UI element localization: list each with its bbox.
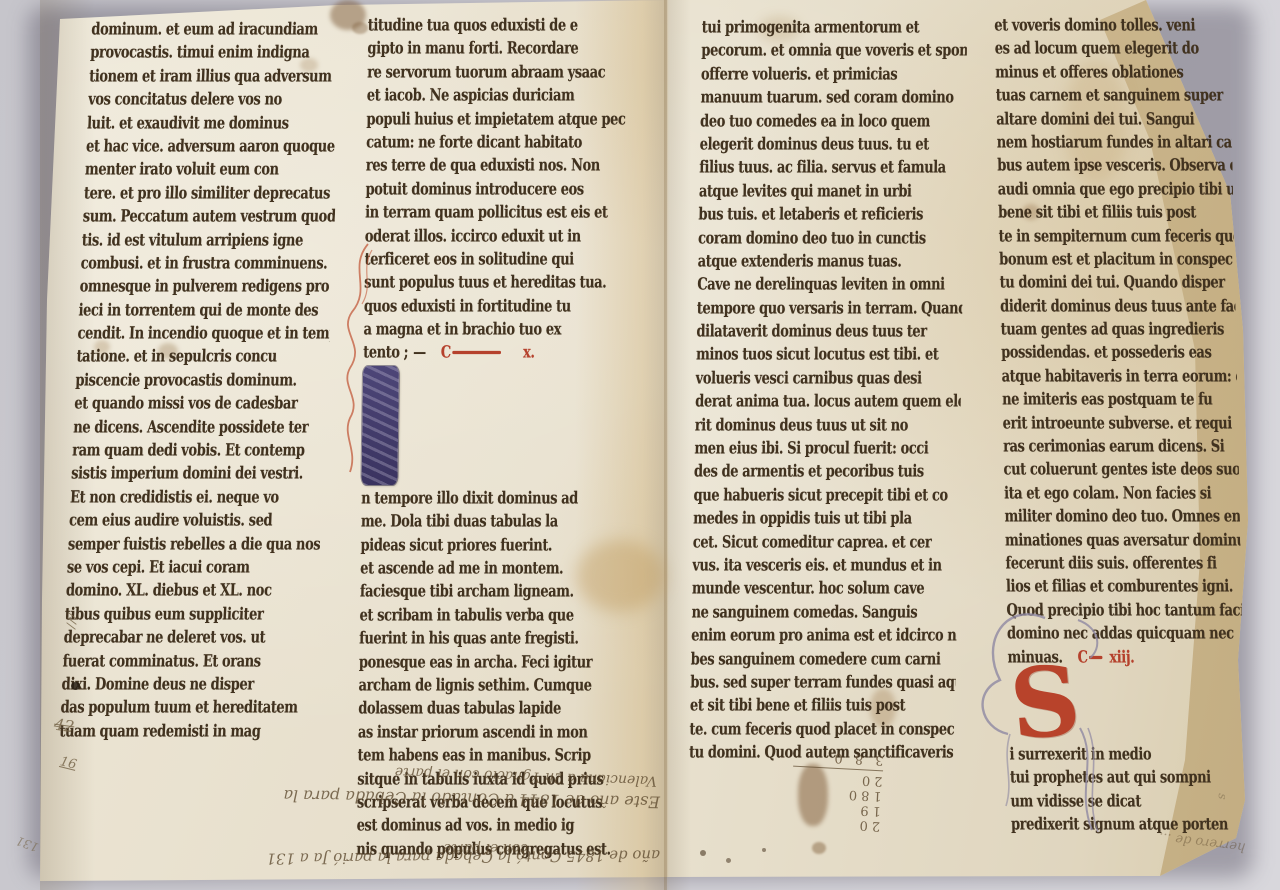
- manuscript-text-line: in terram quam pollicitus est eis et: [365, 199, 627, 224]
- column-4-lower-text: S i surrexerit in mediotui prophetes aut…: [1008, 667, 1280, 835]
- manuscript-text-line: munde vescentur. hoc solum cave: [692, 575, 958, 600]
- manuscript-text-line: offerre volueris. et primicias: [701, 61, 967, 86]
- manuscript-text-line: pideas sicut priores fuerint.: [360, 532, 622, 557]
- manuscript-text-line: domino. XL. diebus et XL. noc: [65, 577, 318, 602]
- manuscript-text-line: catum: ne forte dicant habitato: [366, 129, 628, 154]
- margin-scribble: ///: [63, 613, 80, 631]
- margin-number: 42: [53, 717, 75, 735]
- edge-scribble: s: [1214, 793, 1230, 802]
- manuscript-text-line: audi omnia que ego precipio tibi ut: [997, 176, 1233, 201]
- manuscript-text-line: rit dominus deus tuus ut sit no: [695, 412, 961, 437]
- manuscript-photo: dominum. et eum ad iracundiamprovocastis…: [0, 0, 1280, 890]
- manuscript-text-line: gipto in manu forti. Recordare: [367, 35, 629, 60]
- manuscript-text-line: enim eorum pro anima est et idcirco non …: [691, 622, 957, 647]
- manuscript-text-line: et ascende ad me in montem.: [360, 555, 622, 580]
- manuscript-text-line: tuam quam redemisti in mag: [59, 718, 312, 743]
- manuscript-text-line: et scribam in tabulis verba que: [359, 602, 621, 627]
- manuscript-text-line: sum. Peccatum autem vestrum quod fecera: [82, 203, 335, 228]
- manuscript-text-line: tuam gentes ad quas ingredieris: [1000, 316, 1236, 341]
- manuscript-text-line: omnesque in pulverem redigens pro: [79, 273, 332, 298]
- column-2-upper-text: titudine tua quos eduxisti de egipto in …: [363, 12, 680, 339]
- manuscript-text-line: bus tuis. et letaberis et reficieris: [698, 201, 964, 226]
- manuscript-text-line: des de armentis et pecoribus tuis: [694, 458, 960, 483]
- manuscript-text-line: a magna et in brachio tuo ex: [363, 316, 625, 341]
- manuscript-text-line: as instar priorum ascendi in mon: [358, 719, 620, 744]
- manuscript-text-line: ne imiteris eas postquam te fu: [1002, 386, 1238, 411]
- chapter-numeral: xiij.: [1109, 644, 1134, 669]
- manuscript-text-line: oderat illos. iccirco eduxit ut in: [365, 223, 627, 248]
- manuscript-text-line: bes sanguinem comedere cum carni: [691, 646, 957, 671]
- manuscript-text-line: militer domino deo tuo. Omnes enim abho: [1004, 503, 1240, 528]
- arithmetic-values: 201918020: [790, 769, 883, 834]
- manuscript-text-line: Quod precipio tibi hoc tantum facito: [1006, 597, 1242, 622]
- manuscript-text-line: men eius ibi. Si procul fuerit: occi: [694, 435, 960, 460]
- manuscript-text-line: et iacob. Ne aspicias duriciam: [367, 82, 629, 107]
- manuscript-text-line: tempore quo versaris in terram. Quando: [697, 295, 963, 320]
- manuscript-text-line: tionem et iram illius qua adversum: [89, 63, 342, 88]
- manuscript-text-line: archam de lignis sethim. Cumque: [358, 672, 620, 697]
- manuscript-text-line: provocastis. timui enim indigna: [90, 39, 343, 64]
- manuscript-text-line: deo tuo comedes ea in loco quem: [700, 108, 966, 133]
- capitulum-mark: C: [1077, 644, 1087, 669]
- manuscript-text-line: se vos cepi. Et iacui coram: [66, 554, 319, 579]
- manuscript-text-line: minus et offeres oblationes: [995, 59, 1231, 84]
- manuscript-text-line: ne dicens. Ascendite possidete ter: [73, 414, 326, 439]
- column-4-upper-text: et voveris domino tolles. venies ad locu…: [994, 12, 1280, 644]
- chapter-10-rubric-line: tento ; — C x.: [363, 339, 625, 364]
- manuscript-text-line: possidendas. et possederis eas: [1001, 339, 1237, 364]
- manuscript-text-line: Et non credidistis ei. neque vo: [70, 484, 323, 509]
- manuscript-text-line: cut coluerunt gentes iste deos suos:: [1003, 456, 1239, 481]
- manuscript-text-line: derat anima tua. locus autem quem elege: [695, 388, 961, 413]
- manuscript-text-line: ras cerimonias earum dicens. Si: [1003, 433, 1239, 458]
- explicit-text: tento ;: [363, 339, 408, 364]
- initial-S-letter: S: [1006, 653, 1084, 754]
- line-filler-dash: —: [413, 339, 426, 364]
- manuscript-text-line: medes in oppidis tuis ut tibi pla: [693, 505, 959, 530]
- manuscript-text-line: me. Dola tibi duas tabulas la: [361, 508, 623, 533]
- rubric-rule: [452, 352, 501, 355]
- manuscript-text-line: que habueris sicut precepit tibi et co: [693, 482, 959, 507]
- manuscript-text-line: diderit dominus deus tuus ante faciem: [1000, 293, 1236, 318]
- manuscript-text-line: te in sempiternum cum feceris quod: [998, 223, 1234, 248]
- manuscript-text-line: et sit tibi bene et filiis tuis post: [690, 692, 956, 717]
- arithmetic-total: 3 8 0: [793, 746, 884, 772]
- manuscript-text-line: bus autem ipse vesceris. Observa et: [997, 152, 1233, 177]
- chapter-numeral: x.: [523, 339, 535, 364]
- manuscript-text-line: vos concitatus delere vos no: [88, 86, 341, 111]
- manuscript-text-line: titudine tua quos eduxisti de e: [368, 12, 630, 37]
- manuscript-text-line: dilataverit dominus deus tuus ter: [696, 318, 962, 343]
- manuscript-text-line: tuas carnem et sanguinem super: [995, 82, 1231, 107]
- manuscript-text-line: es ad locum quem elegerit do: [994, 35, 1230, 60]
- manuscript-text-line: sistis imperium domini dei vestri.: [71, 460, 324, 485]
- capitulum-mark: C: [441, 339, 451, 364]
- manuscript-text-line: luit. et exaudivit me dominus: [87, 110, 340, 135]
- manuscript-text-line: terficeret eos in solitudine qui: [364, 246, 626, 271]
- manuscript-text-line: tibus quibus eum suppliciter: [64, 601, 317, 626]
- manuscript-text-line: te. cum feceris quod placet in conspec: [689, 716, 955, 741]
- arithmetic-notes: 201918020 3 8 0: [790, 746, 884, 834]
- rubric-rule: [1089, 656, 1103, 659]
- manuscript-text-line: manuum tuarum. sed coram domino: [700, 84, 966, 109]
- manuscript-text-line: ita et ego colam. Non facies si: [1004, 480, 1240, 505]
- manuscript-text-line: piscencie provocastis dominum.: [75, 367, 328, 392]
- decorated-initial-S: S: [1008, 667, 1090, 741]
- manuscript-text-line: combusi. et in frustra comminuens.: [80, 250, 333, 275]
- manuscript-text-line: populi huius et impietatem atque pec: [366, 106, 628, 131]
- manuscript-text-line: cendit. In incendio quoque et in temp: [77, 320, 330, 345]
- ink-dot: [71, 682, 80, 690]
- manuscript-text-line: et quando missi vos de cadesbar: [74, 390, 327, 415]
- text-column-1: dominum. et eum ad iracundiamprovocastis…: [59, 16, 392, 741]
- manuscript-text-line: ieci in torrentem qui de monte des: [78, 297, 331, 322]
- manuscript-text-line: fuerint in his quas ante fregisti.: [359, 625, 621, 650]
- manuscript-text-line: est dominus ad vos. in medio ig: [356, 812, 618, 837]
- manuscript-text-line: das populum tuum et hereditatem: [60, 694, 313, 719]
- manuscript-text-line: tu domini dei tui. Quando disper: [999, 269, 1235, 294]
- manuscript-text-line: filius tuus. ac filia. servus et famula: [699, 154, 965, 179]
- manuscript-text-line: coram domino deo tuo in cunctis: [698, 225, 964, 250]
- manuscript-text-line: atque levites qui manet in urbi: [699, 178, 965, 203]
- manuscript-text-line: sunt populus tuus et hereditas tua.: [364, 269, 626, 294]
- manuscript-text-line: bus. sed super terram fundes quasi aquam: [690, 669, 956, 694]
- manuscript-text-line: ne sanguinem comedas. Sanguis: [691, 599, 957, 624]
- manuscript-text-line: potuit dominus introducere eos: [365, 176, 627, 201]
- manuscript-text-line: dolassem duas tabulas lapide: [358, 695, 620, 720]
- manuscript-text-line: cet. Sicut comeditur caprea. et cer: [693, 529, 959, 554]
- manuscript-text-line: volueris vesci carnibus quas desi: [695, 365, 961, 390]
- manuscript-text-line: n tempore illo dixit dominus ad: [361, 485, 623, 510]
- manuscript-text-line: minos tuos sicut locutus est tibi. et: [696, 341, 962, 366]
- manuscript-text-line: altare domini dei tui. Sangui: [996, 106, 1232, 131]
- manuscript-text-line: tis. id est vitulum arripiens igne: [81, 227, 334, 252]
- text-column-2: titudine tua quos eduxisti de egipto in …: [356, 12, 680, 859]
- manuscript-text-line: bene sit tibi et filiis tuis post: [998, 199, 1234, 224]
- manuscript-text-line: et hac vice. adversum aaron quoque vehe: [86, 133, 339, 158]
- manuscript-text-line: et voveris domino tolles. veni: [994, 12, 1230, 37]
- manuscript-text-line: atque habitaveris in terra eorum: cave: [1001, 363, 1237, 388]
- manuscript-text-line: pecorum. et omnia que voveris et sponte: [701, 37, 967, 62]
- manuscript-text-line: bonum est et placitum in conspec: [999, 246, 1235, 271]
- manuscript-text-line: re servorum tuorum abraam ysaac: [367, 59, 629, 84]
- text-column-4: et voveris domino tolles. venies ad locu…: [994, 12, 1280, 835]
- text-column-3: tui primogenita armentorum etpecorum. et…: [689, 14, 1018, 763]
- manuscript-text-line: fecerunt diis suis. offerentes fi: [1005, 550, 1241, 575]
- manuscript-text-line: ponesque eas in archa. Feci igitur: [359, 649, 621, 674]
- decorated-initial-I: [361, 366, 399, 485]
- manuscript-text-line: cem eius audire voluistis. sed: [69, 507, 322, 532]
- manuscript-text-line: fuerat comminatus. Et orans: [62, 648, 315, 673]
- manuscript-text-line: semper fuistis rebelles a die qua nos: [67, 531, 320, 556]
- manuscript-text-line: i surrexerit in medio: [1009, 741, 1245, 766]
- manuscript-text-line: vus. ita vesceris eis. et mundus et in: [692, 552, 958, 577]
- manuscript-text-line: res terre de qua eduxisti nos. Non: [366, 152, 628, 177]
- manuscript-text-line: lios et filias et comburentes igni.: [1006, 573, 1242, 598]
- manuscript-text-line: dixi. Domine deus ne disper: [61, 671, 314, 696]
- manuscript-text-line: minationes quas aversatur dominus: [1005, 527, 1241, 552]
- manuscript-text-line: tere. et pro illo similiter deprecatus: [83, 180, 336, 205]
- manuscript-text-line: ram quam dedi vobis. Et contemp: [72, 437, 325, 462]
- manuscript-text-line: quos eduxisti in fortitudine tu: [364, 293, 626, 318]
- manuscript-text-line: um vidisse se dicat: [1010, 788, 1246, 813]
- manuscript-text-line: menter irato voluit eum con: [84, 156, 337, 181]
- manuscript-text-line: faciesque tibi archam ligneam.: [360, 578, 622, 603]
- manuscript-text-line: domino nec addas quicquam nec: [1007, 620, 1243, 645]
- manuscript-text-line: tui prophetes aut qui sompni: [1010, 764, 1246, 789]
- manuscript-text-line: dominum. et eum ad iracundiam: [91, 16, 344, 41]
- manuscript-text-line: erit introeunte subverse. et requi: [1002, 410, 1238, 435]
- manuscript-text-line: elegerit dominus deus tuus. tu et: [700, 131, 966, 156]
- manuscript-text-line: nem hostiarum fundes in altari carni: [996, 129, 1232, 154]
- manuscript-text-line: tui primogenita armentorum et: [702, 14, 968, 39]
- manuscript-text-line: deprecabar ne deleret vos. ut: [63, 624, 316, 649]
- manuscript-text-line: atque extenderis manus tuas.: [697, 248, 963, 273]
- manuscript-text-line: Cave ne derelinquas leviten in omni: [697, 271, 963, 296]
- manuscript-text-line: tatione. et in sepulcris concu: [76, 343, 329, 368]
